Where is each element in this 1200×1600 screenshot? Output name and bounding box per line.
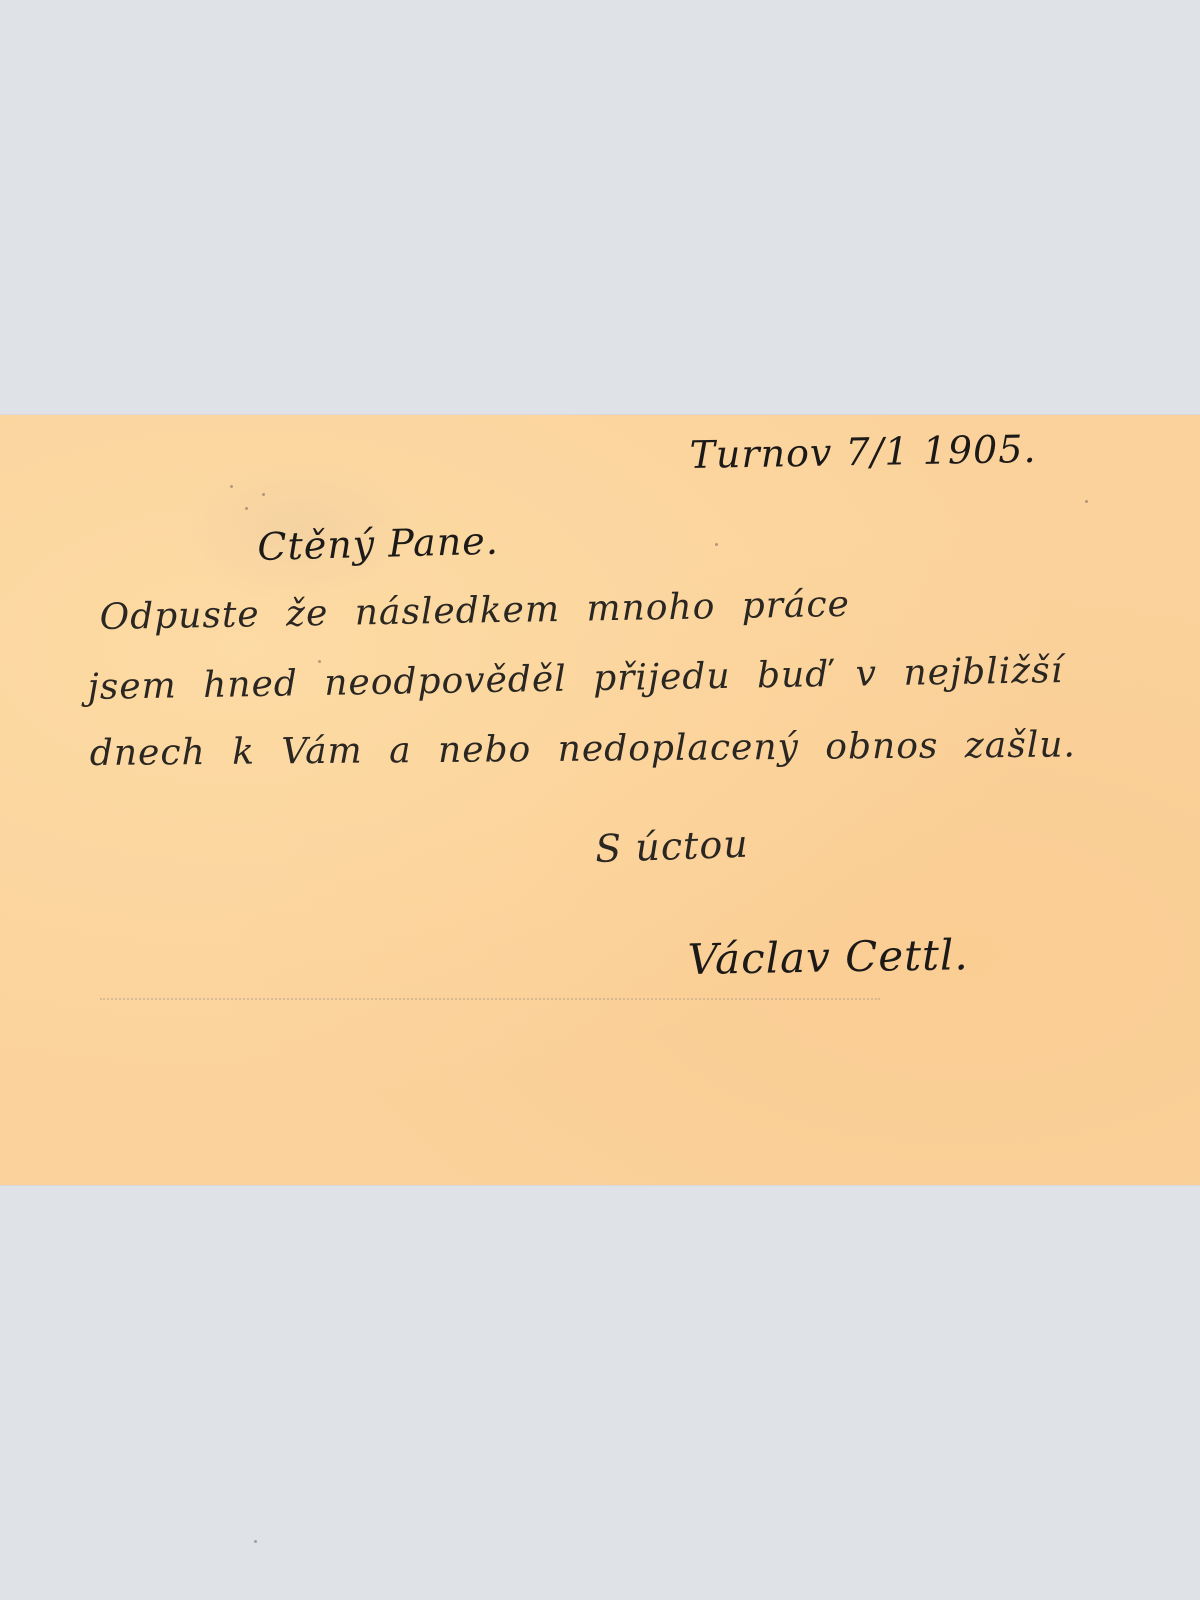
body-line-1: Odpuste že následkem mnoho práce	[99, 584, 850, 638]
signature: Václav Cettl.	[687, 930, 969, 984]
postcard: Turnov 7/1 1905. Ctěný Pane. Odpuste že …	[0, 415, 1200, 1185]
faint-dotted-line	[100, 998, 880, 1000]
salutation: Ctěný Pane.	[257, 519, 499, 569]
closing: S úctou	[594, 822, 749, 871]
body-line-3: dnech k Vám a nebo nedoplacený obnos zaš…	[90, 724, 1076, 774]
body-line-2: jsem hned neodpověděl přijedu buď v nejb…	[87, 650, 1063, 708]
date-line: Turnov 7/1 1905.	[689, 427, 1037, 477]
